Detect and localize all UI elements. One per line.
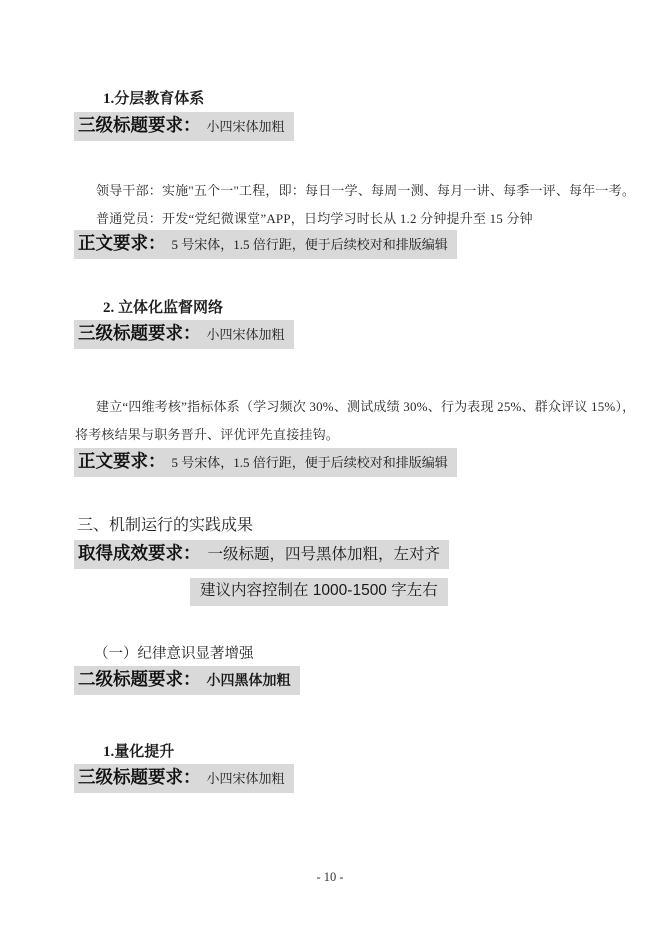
annotation-body-requirement-2: 正文要求：5 号宋体，1.5 倍行距，便于后续校对和排版编辑 bbox=[74, 448, 457, 477]
annotation-label: 正文要求： bbox=[78, 233, 166, 253]
paragraph-line: 普通党员：开发“党纪微课堂”APP，日均学习时长从 1.2 分钟提升至 15 分… bbox=[96, 208, 533, 227]
heading-level1: 三、机制运行的实践成果 bbox=[77, 512, 253, 535]
annotation-value: 小四宋体加粗 bbox=[207, 327, 285, 342]
annotation-value: 5 号宋体，1.5 倍行距，便于后续校对和排版编辑 bbox=[172, 237, 448, 252]
document-page: 1.分层教育体系 三级标题要求：小四宋体加粗 领导干部：实施"五个一"工程，即：… bbox=[0, 0, 660, 933]
annotation-label: 三级标题要求： bbox=[78, 323, 201, 343]
annotation-value: 小四宋体加粗 bbox=[207, 771, 285, 786]
annotation-achievement-requirement-line1: 取得成效要求：一级标题，四号黑体加粗，左对齐 bbox=[74, 540, 449, 569]
annotation-label: 三级标题要求： bbox=[78, 767, 201, 787]
annotation-heading3-requirement-2: 三级标题要求：小四宋体加粗 bbox=[74, 320, 294, 349]
annotation-value: 一级标题，四号黑体加粗，左对齐 bbox=[208, 546, 441, 563]
heading-level3-3: 1.量化提升 bbox=[103, 740, 174, 761]
annotation-value: 小四黑体加粗 bbox=[207, 672, 291, 688]
paragraph-line: 将考核结果与职务晋升、评优评先直接挂钩。 bbox=[75, 424, 339, 443]
annotation-label: 正文要求： bbox=[78, 451, 166, 471]
annotation-label: 三级标题要求： bbox=[78, 115, 201, 135]
annotation-value: 5 号宋体，1.5 倍行距，便于后续校对和排版编辑 bbox=[172, 455, 448, 470]
annotation-value: 小四宋体加粗 bbox=[207, 119, 285, 134]
annotation-heading3-requirement-3: 三级标题要求：小四宋体加粗 bbox=[74, 764, 294, 793]
annotation-label: 取得成效要求： bbox=[78, 543, 201, 563]
annotation-label: 二级标题要求： bbox=[78, 669, 201, 689]
annotation-heading3-requirement-1: 三级标题要求：小四宋体加粗 bbox=[74, 112, 294, 141]
paragraph-line: 领导干部：实施"五个一"工程，即：每日一学、每周一测、每月一讲、每季一评、每年一… bbox=[96, 180, 635, 199]
heading-level3-2: 2. 立体化监督网络 bbox=[103, 296, 223, 317]
annotation-achievement-requirement-line2: 建议内容控制在 1000-1500 字左右 bbox=[190, 578, 448, 606]
heading-level2: （一）纪律意识显著增强 bbox=[94, 642, 254, 663]
paragraph-line: 建立“四维考核”指标体系（学习频次 30%、测试成绩 30%、行为表现 25%、… bbox=[96, 396, 635, 415]
page-number: - 10 - bbox=[0, 870, 660, 885]
annotation-heading2-requirement: 二级标题要求：小四黑体加粗 bbox=[74, 666, 300, 695]
annotation-body-requirement-1: 正文要求：5 号宋体，1.5 倍行距，便于后续校对和排版编辑 bbox=[74, 230, 457, 259]
heading-level3-1: 1.分层教育体系 bbox=[103, 87, 204, 108]
